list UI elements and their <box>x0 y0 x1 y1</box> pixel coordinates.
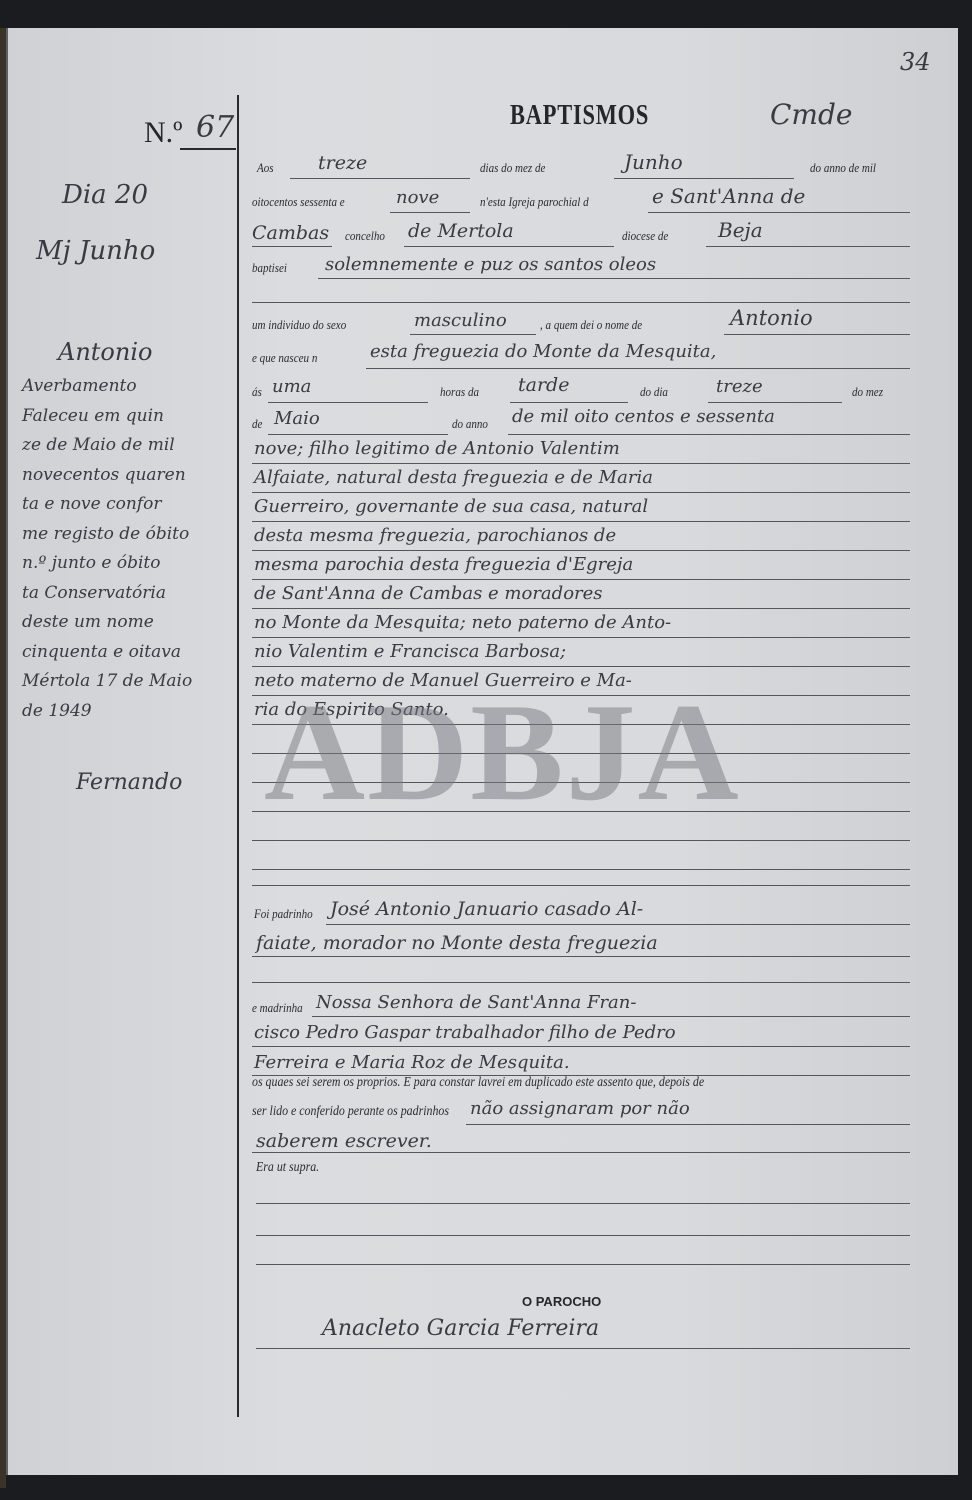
archive-watermark: ADBJA <box>264 672 741 833</box>
margin-annotation-line: Faleceu em quin <box>22 406 164 426</box>
label-month2: do mez <box>852 384 883 400</box>
closing-hand-2: saberem escrever. <box>256 1130 432 1152</box>
margin-annotation-line: ta Conservatória <box>22 583 166 603</box>
field-name: Antonio <box>730 306 813 330</box>
field-line <box>466 1124 910 1125</box>
signature-line <box>256 1348 910 1349</box>
corner-note: Cmde <box>770 98 852 131</box>
field-month: Junho <box>624 150 683 174</box>
margin-divider-rule <box>237 95 239 1417</box>
field-line <box>404 246 614 247</box>
field-baptism-note: solemnemente e puz os santos oleos <box>325 254 656 275</box>
field-day: treze <box>318 152 367 174</box>
blank-line <box>252 302 910 303</box>
blank-line <box>252 869 910 870</box>
closing-text-1: os quaes sei serem os proprios. E para c… <box>252 1075 704 1091</box>
field-hour: uma <box>272 376 311 397</box>
field-line <box>366 368 910 369</box>
margin-annotation-line: novecentos quaren <box>22 465 186 485</box>
field-line <box>268 434 448 435</box>
margin-annotation-line: ta e nove confor <box>22 494 161 514</box>
label-council: concelho <box>345 228 385 244</box>
field-line <box>252 579 910 580</box>
field-line <box>252 550 910 551</box>
field-line <box>326 924 910 925</box>
field-line <box>252 608 910 609</box>
field-birth-day: treze <box>716 376 763 397</box>
blank-line <box>256 1235 910 1236</box>
field-line <box>252 1046 910 1047</box>
field-line <box>252 956 910 957</box>
godmother-line-2: cisco Pedro Gaspar trabalhador filho de … <box>254 1022 676 1043</box>
godfather-line-2: faiate, morador no Monte desta freguezia <box>256 932 658 954</box>
field-line <box>614 178 794 179</box>
narrative-line: desta mesma freguezia, parochianos de <box>254 525 616 546</box>
margin-annotation-line: me registo de óbito <box>22 524 189 544</box>
page-number: 34 <box>900 48 931 76</box>
godmother-line-1: Nossa Senhora de Sant'Anna Fran- <box>316 992 636 1013</box>
margin-annotation-signature: Fernando <box>76 770 182 795</box>
narrative-line: de Sant'Anna de Cambas e moradores <box>254 583 603 604</box>
field-line <box>312 1016 910 1017</box>
margin-day-note: Dia 20 <box>62 180 148 210</box>
label-at: ás <box>252 384 262 400</box>
field-diocese: Beja <box>718 218 763 242</box>
margin-month-note: Mj Junho <box>36 236 155 266</box>
field-line <box>508 434 910 435</box>
entry-number-value: 67 <box>196 110 234 145</box>
label-year2: do anno <box>452 416 488 432</box>
field-line <box>510 402 628 403</box>
field-sex: masculino <box>414 310 507 331</box>
field-line <box>724 334 910 335</box>
field-parish: e Sant'Anna de <box>652 184 805 208</box>
field-council: de Mertola <box>408 220 514 242</box>
label-parish: n'esta Igreja parochial d <box>480 194 589 210</box>
margin-annotation-line: deste um nome <box>22 612 154 632</box>
margin-annotation-line: Mértola 17 de Maio <box>22 671 192 691</box>
field-line <box>708 402 842 403</box>
blank-line <box>252 982 910 983</box>
narrative-line: Guerreiro, governante de sua casa, natur… <box>254 496 648 517</box>
entry-number-label: N.º <box>144 116 182 150</box>
godmother-line-3: Ferreira e Maria Roz de Mesquita. <box>254 1052 570 1073</box>
blank-line <box>256 1203 910 1204</box>
narrative-line: Alfaiate, natural desta freguezia e de M… <box>254 467 653 488</box>
page-left-edge <box>6 28 8 1475</box>
field-line <box>268 402 428 403</box>
label-born: e que nasceu n <box>252 350 317 366</box>
label-year: do anno de mil <box>810 160 876 176</box>
page-title: BAPTISMOS <box>510 100 649 132</box>
field-line <box>252 666 910 667</box>
field-birth-year: de mil oito centos e sessenta <box>512 406 775 427</box>
closing-text-2: ser lido e conferido perante os padrinho… <box>252 1104 449 1120</box>
field-line <box>252 463 910 464</box>
field-line <box>318 278 910 279</box>
label-day: do dia <box>640 384 668 400</box>
parocho-label: O PAROCHO <box>522 1294 601 1309</box>
label-aos: Aos <box>257 160 274 176</box>
blank-line <box>252 885 910 886</box>
field-line <box>252 521 910 522</box>
field-line <box>252 1152 910 1153</box>
field-line <box>706 246 910 247</box>
field-period: tarde <box>518 374 569 396</box>
label-diocese: diocese de <box>622 228 668 244</box>
margin-annotation-line: cinquenta e oitava <box>22 642 181 662</box>
field-birth-month: Maio <box>274 408 320 429</box>
margin-annotation-line: n.º junto e óbito <box>22 553 160 573</box>
margin-name-note: Antonio <box>58 338 152 366</box>
label-name: , a quem dei o nome de <box>540 317 642 333</box>
field-line <box>252 492 910 493</box>
label-year-prefix: oitocentos sessenta e <box>252 194 345 210</box>
parocho-signature: Anacleto Garcia Ferreira <box>322 1316 599 1341</box>
label-month: dias do mez de <box>480 160 545 176</box>
margin-annotation-line: ze de Maio de mil <box>22 435 175 455</box>
field-line <box>290 178 470 179</box>
entry-number-underline <box>180 148 236 150</box>
margin-annotation-line: de 1949 <box>22 701 92 721</box>
field-line <box>648 212 910 213</box>
field-line <box>252 637 910 638</box>
label-hours: horas da <box>440 384 479 400</box>
era-ut-supra: Era ut supra. <box>256 1160 319 1176</box>
narrative-line: no Monte da Mesquita; neto paterno de An… <box>254 612 671 633</box>
label-godfather: Foi padrinho <box>254 906 313 922</box>
narrative-line: nove; filho legitimo de Antonio Valentim <box>254 438 620 459</box>
blank-line <box>252 840 910 841</box>
field-parish-cont: Cambas <box>252 222 329 244</box>
narrative-line: mesma parochia desta freguezia d'Egreja <box>254 554 633 575</box>
label-baptised: baptisei <box>252 260 287 276</box>
field-line <box>252 246 332 247</box>
label-of: de <box>252 416 262 432</box>
blank-line <box>256 1264 910 1265</box>
field-line <box>390 212 470 213</box>
field-birthplace: esta freguezia do Monte da Mesquita, <box>370 341 716 362</box>
narrative-line: nio Valentim e Francisca Barbosa; <box>254 641 566 662</box>
field-year: nove <box>396 187 439 208</box>
closing-hand-1: não assignaram por não <box>470 1098 690 1119</box>
godfather-line-1: José Antonio Januario casado Al- <box>330 898 643 920</box>
label-godmother: e madrinha <box>252 1000 303 1016</box>
label-sex: um individuo do sexo <box>252 317 346 333</box>
field-line <box>410 334 536 335</box>
margin-annotation-line: Averbamento <box>22 376 137 396</box>
